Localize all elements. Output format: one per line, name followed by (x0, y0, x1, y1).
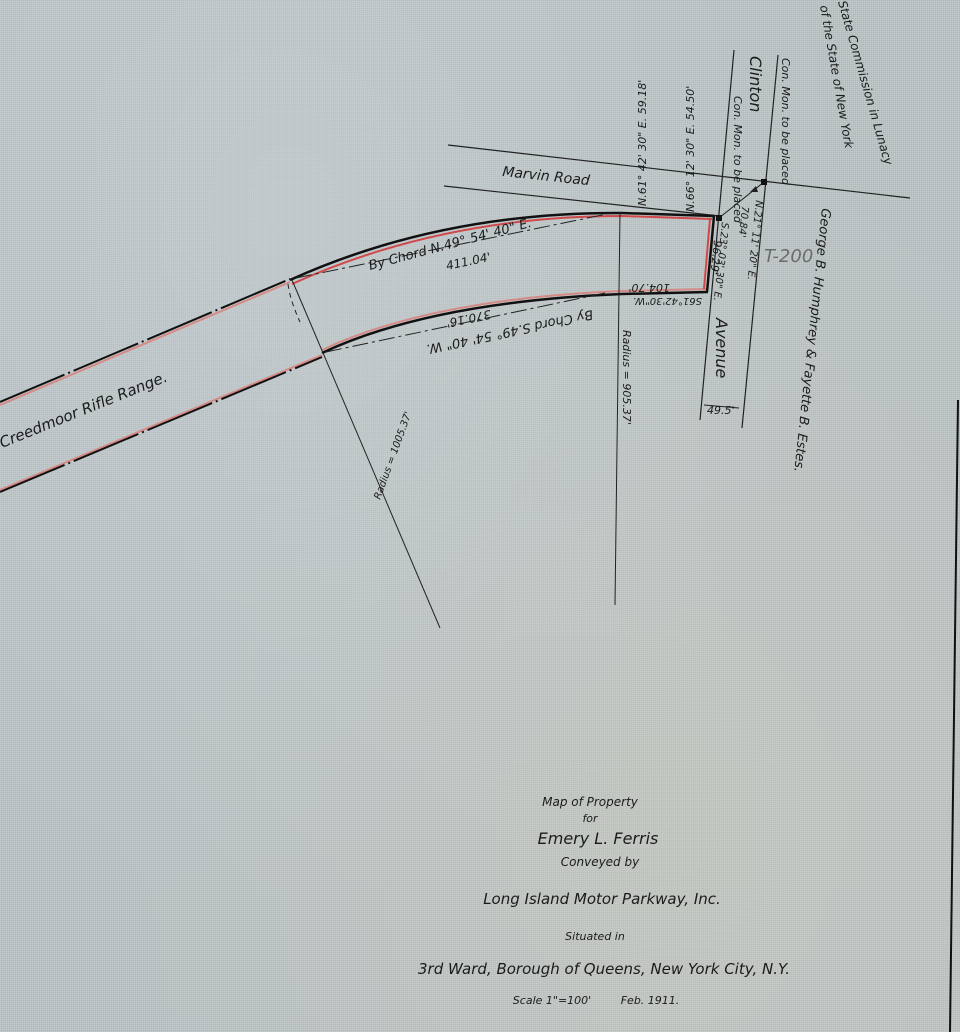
bearing-n61: N.61° 42' 30" E. 59.18' (636, 80, 649, 206)
scale-label: Scale 1"=100' (513, 994, 591, 1007)
dashed-arc (288, 284, 300, 322)
title-line7: 3rd Ward, Borough of Queens, New York Ci… (418, 960, 790, 978)
pencil-note-t200: T-200 (764, 246, 813, 267)
width-49-5-label: 49.5' (707, 404, 735, 417)
radius-line-inner (615, 212, 620, 605)
monument-marker-west (716, 215, 722, 221)
marvin-road-south-line (444, 186, 720, 216)
survey-drawing: State Commission in Lunacy of the State … (0, 0, 960, 1032)
radius-outer-label: Radius = 1005.37' (372, 410, 414, 501)
date-label: Feb. 1911. (621, 994, 680, 1007)
creedmoor-label: Creedmoor Rifle Range. (0, 368, 170, 452)
con-mon-right-label: Con. Mon. to be placed (779, 58, 792, 186)
distance-104-70: 104.70' (628, 281, 670, 294)
radius-inner-label: Radius = 905.37' (620, 330, 633, 425)
title-line4: Conveyed by (561, 855, 640, 869)
chord-north-distance: 411.04' (445, 250, 492, 273)
title-line5: Long Island Motor Parkway, Inc. (483, 890, 721, 908)
bearing-n66: N.66° 12' 30" E. 54.50' (684, 86, 697, 212)
arrow-icon (750, 186, 758, 192)
title-line1: Map of Property (542, 795, 639, 809)
clinton-label: Clinton (746, 56, 765, 112)
map-sheet: State Commission in Lunacy of the State … (0, 0, 960, 1032)
avenue-label: Avenue (712, 317, 731, 379)
title-line2: for (582, 812, 599, 825)
marvin-road-label: Marvin Road (502, 164, 591, 189)
title-line3: Emery L. Ferris (538, 829, 659, 848)
title-block: Map of Property for Emery L. Ferris Conv… (418, 795, 790, 1007)
distance-96-29: 96.29' (707, 240, 724, 276)
sheet-border-line (950, 400, 958, 1032)
con-mon-left-label: Con. Mon. to be placed (731, 96, 744, 224)
monument-marker-east (761, 179, 767, 185)
title-line6: Situated in (565, 930, 625, 943)
bearing-s61: S61°42'30"W. (633, 295, 702, 306)
